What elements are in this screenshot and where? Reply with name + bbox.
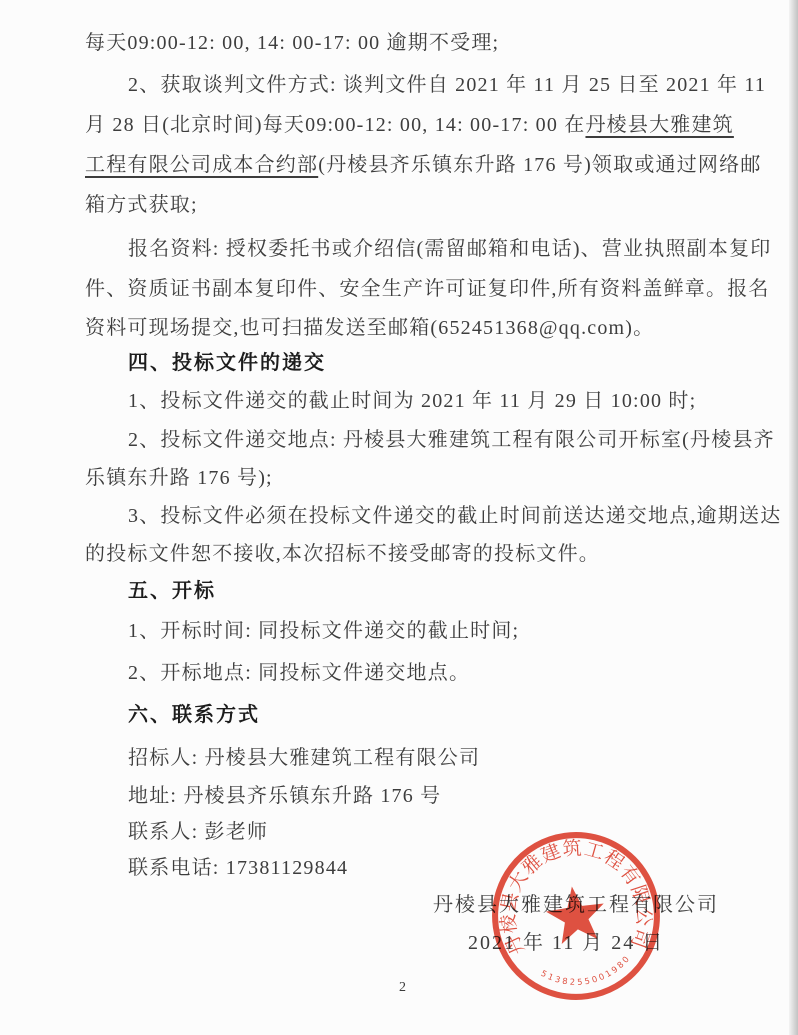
underlined-company-text: 工程有限公司成本合约部 [85,154,318,176]
seal-star-icon [543,882,609,945]
section-heading-bid-opening: 五、开标 [128,578,216,604]
company-seal-stamp: 丹棱县大雅建筑工程有限公司 5138255001980 [471,811,681,1021]
scan-edge [789,0,798,1035]
body-line: 2、投标文件递交地点: 丹棱县大雅建筑工程有限公司开标室(丹棱县齐 [128,427,775,453]
body-line: 报名资料: 授权委托书或介绍信(需留邮箱和电话)、营业执照副本复印 [128,236,771,262]
contact-phone-line: 联系电话: 17381129844 [128,855,348,881]
body-line: 每天09:00-12: 00, 14: 00-17: 00 逾期不受理; [85,30,499,56]
body-line: 1、投标文件递交的截止时间为 2021 年 11 月 29 日 10:00 时; [128,388,696,414]
body-line: 工程有限公司成本合约部(丹棱县齐乐镇东升路 176 号)领取或通过网络邮 [85,152,762,178]
line-text: 月 28 日(北京时间)每天09:00-12: 00, 14: 00-17: 0… [85,114,585,136]
body-line: 3、投标文件必须在投标文件递交的截止时间前送达递交地点,逾期送达 [128,503,781,529]
section-heading-submission: 四、投标文件的递交 [128,350,326,376]
contact-address-line: 地址: 丹棱县齐乐镇东升路 176 号 [128,783,441,809]
body-line: 资料可现场提交,也可扫描发送至邮箱(652451368@qq.com)。 [85,315,654,341]
body-line: 1、开标时间: 同投标文件递交的截止时间; [128,618,519,644]
body-line: 的投标文件恕不接收,本次招标不接受邮寄的投标文件。 [85,541,600,567]
body-line: 2、开标地点: 同投标文件递交地点。 [128,660,470,686]
contact-bidder-line: 招标人: 丹棱县大雅建筑工程有限公司 [128,745,480,771]
page-number: 2 [399,980,406,996]
line-text: (丹棱县齐乐镇东升路 176 号)领取或通过网络邮 [318,154,761,176]
body-line: 2、获取谈判文件方式: 谈判文件自 2021 年 11 月 25 日至 2021… [128,72,766,98]
contact-person-line: 联系人: 彭老师 [128,819,268,845]
body-line: 件、资质证书副本复印件、安全生产许可证复印件,所有资料盖鲜章。报名 [85,276,770,302]
underlined-company-text: 丹棱县大雅建筑 [585,114,733,136]
body-line: 乐镇东升路 176 号); [85,465,273,491]
body-line: 箱方式获取; [85,192,198,218]
body-line: 月 28 日(北京时间)每天09:00-12: 00, 14: 00-17: 0… [85,112,734,138]
section-heading-contact: 六、联系方式 [128,702,260,728]
